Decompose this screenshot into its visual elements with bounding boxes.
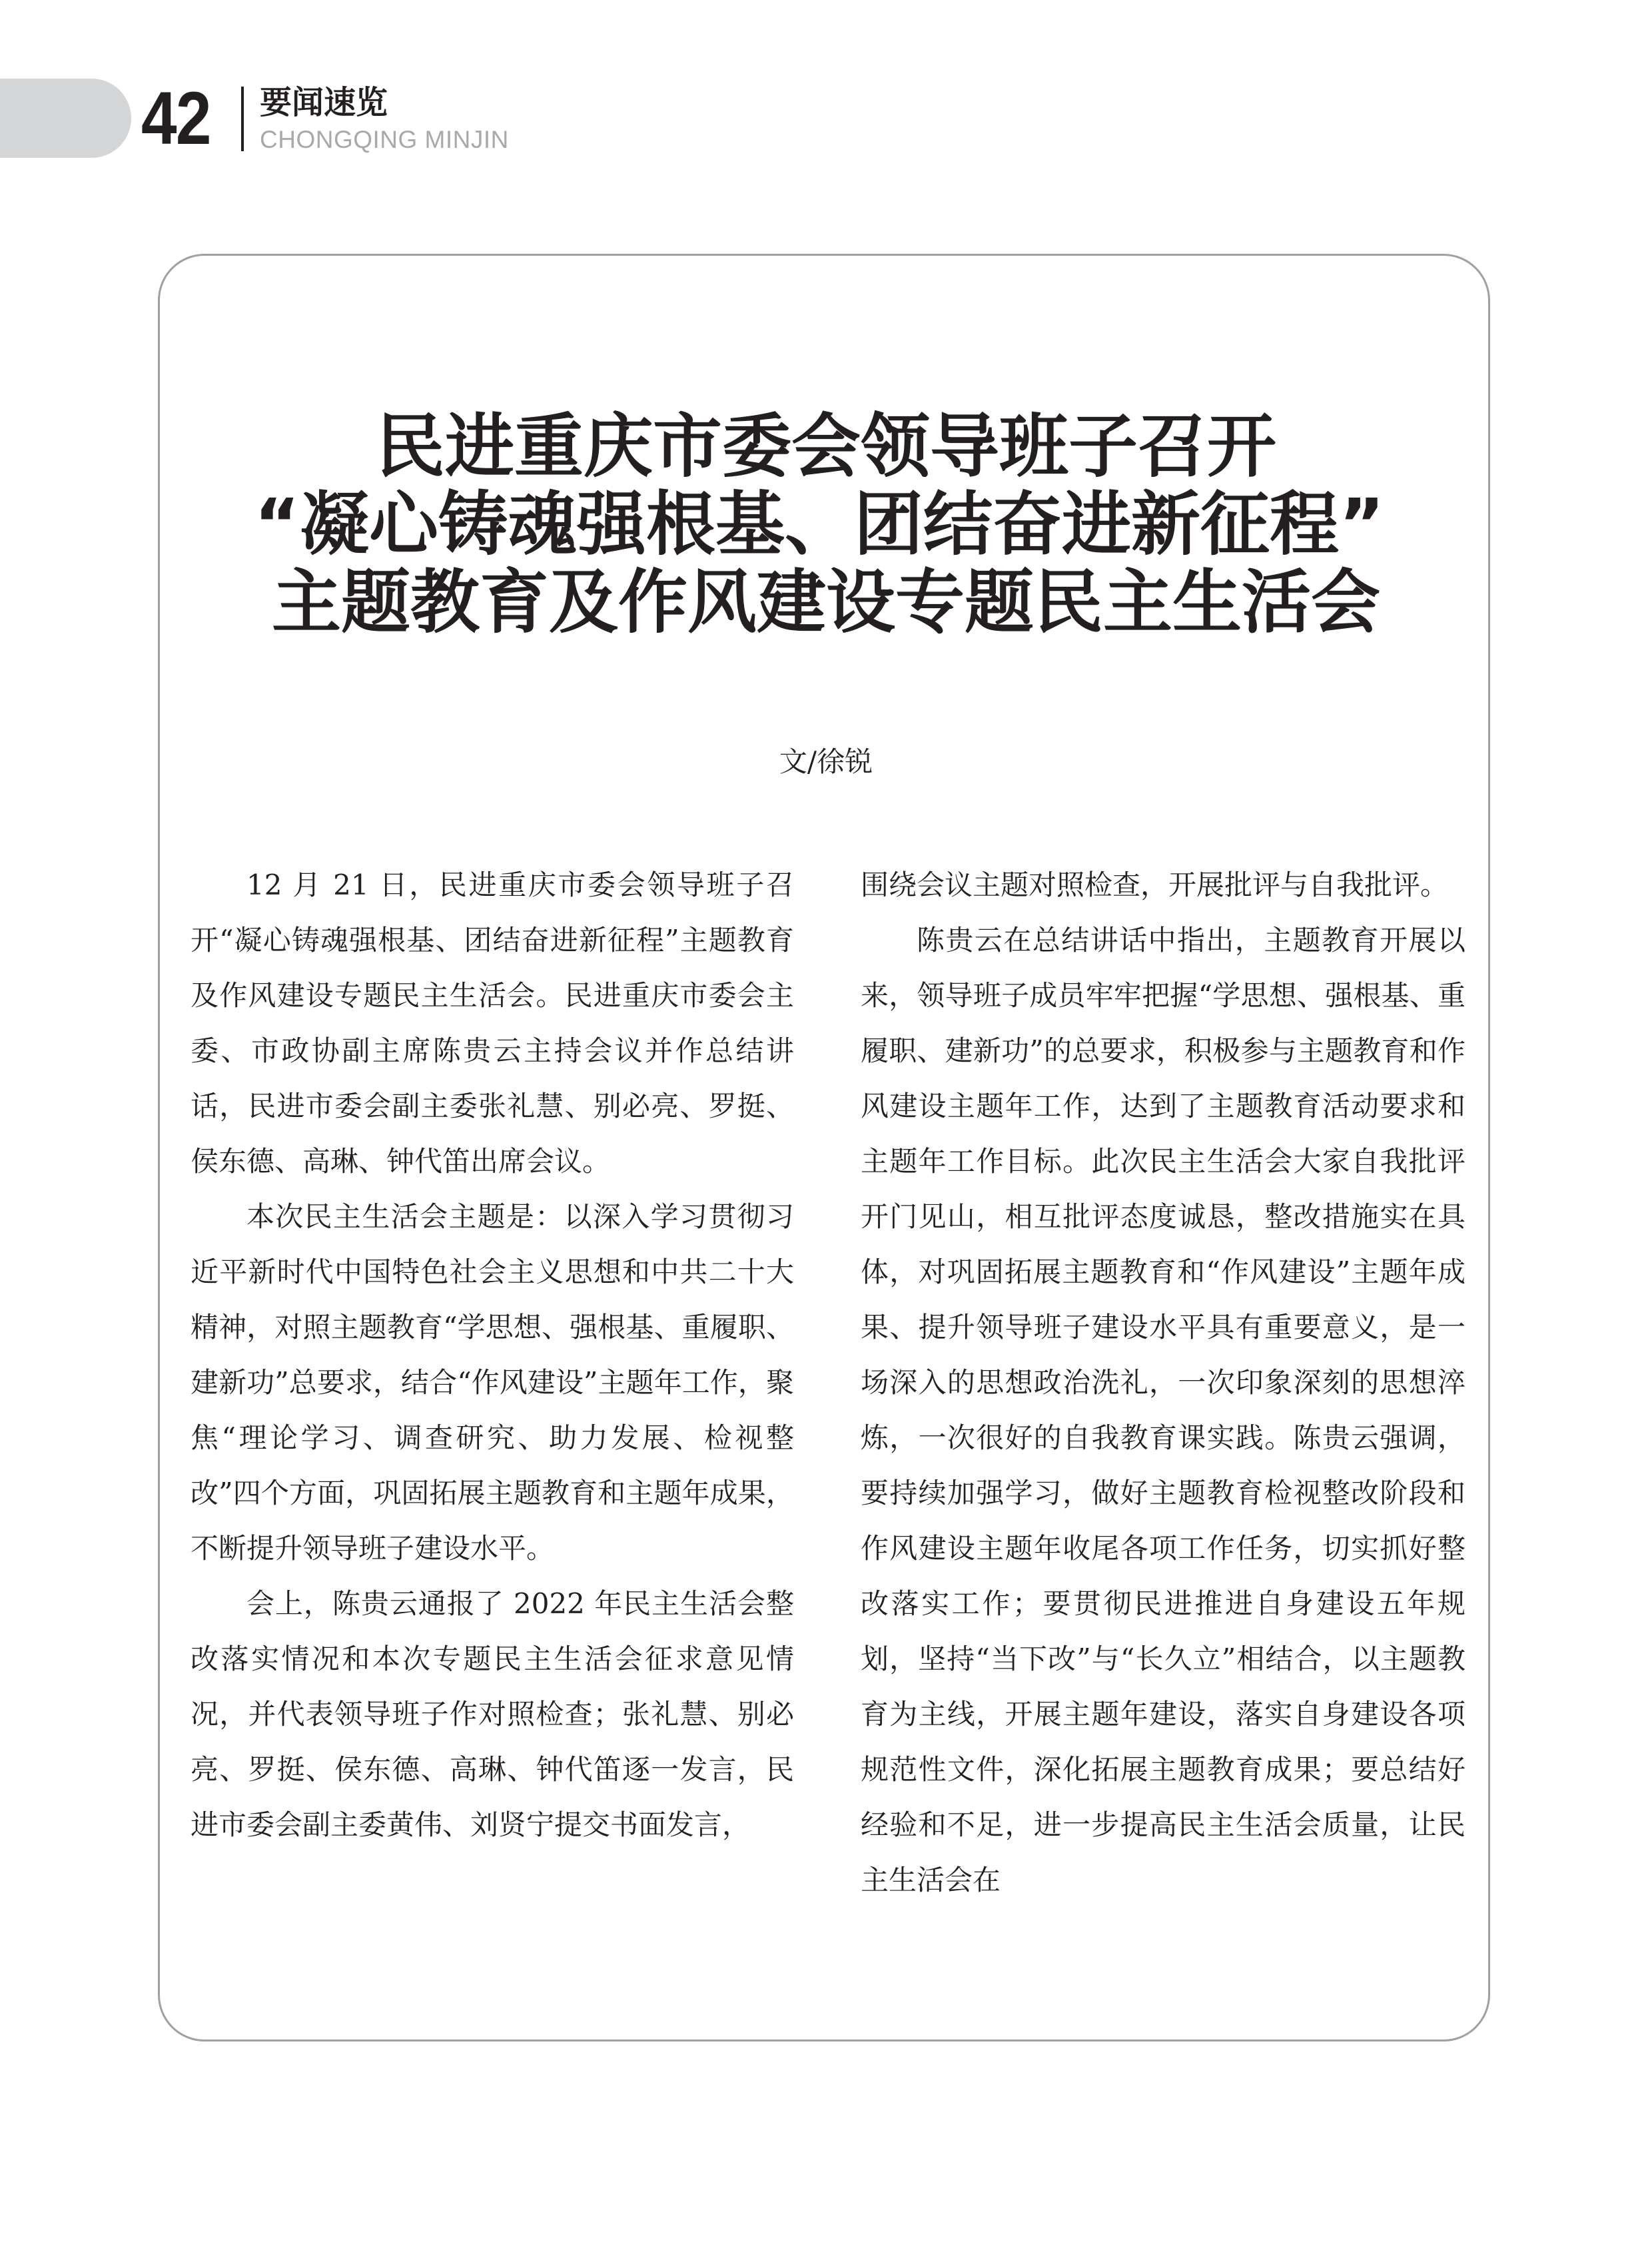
left-column: 12 月 21 日，民进重庆市委会领导班子召开“凝心铸魂强根基、团结奋进新征程”… [191,857,794,1852]
section-subtitle: CHONGQING MINJIN [260,127,509,153]
paragraph: 陈贵云在总结讲话中指出，主题教育开展以来，领导班子成员牢牢把握“学思想、强根基、… [861,913,1465,1908]
article-byline: 文/徐锐 [158,743,1494,781]
article-title: 民进重庆市委会领导班子召开 “凝心铸魂强根基、团结奋进新征程” 主题教育及作风建… [158,408,1494,641]
paragraph: 会上，陈贵云通报了 2022 年民主生活会整改落实情况和本次专题民主生活会征求意… [191,1576,794,1852]
paragraph: 12 月 21 日，民进重庆市委会领导班子召开“凝心铸魂强根基、团结奋进新征程”… [191,857,794,1189]
header-divider [241,87,244,151]
article-title-line: 主题教育及作风建设专题民主生活会 [158,563,1494,641]
section-title: 要闻速览 [260,84,388,121]
paragraph: 本次民主生活会主题是：以深入学习贯彻习近平新时代中国特色社会主义思想和中共二十大… [191,1189,794,1576]
page-number: 42 [141,79,210,158]
paragraph-continued: 围绕会议主题对照检查，开展批评与自我批评。 [861,857,1465,913]
article-title-line: “凝心铸魂强根基、团结奋进新征程” [145,486,1494,563]
right-column: 围绕会议主题对照检查，开展批评与自我批评。 陈贵云在总结讲话中指出，主题教育开展… [861,857,1465,1908]
article-title-line: 民进重庆市委会领导班子召开 [158,408,1494,486]
page-tab-decoration [0,79,131,158]
